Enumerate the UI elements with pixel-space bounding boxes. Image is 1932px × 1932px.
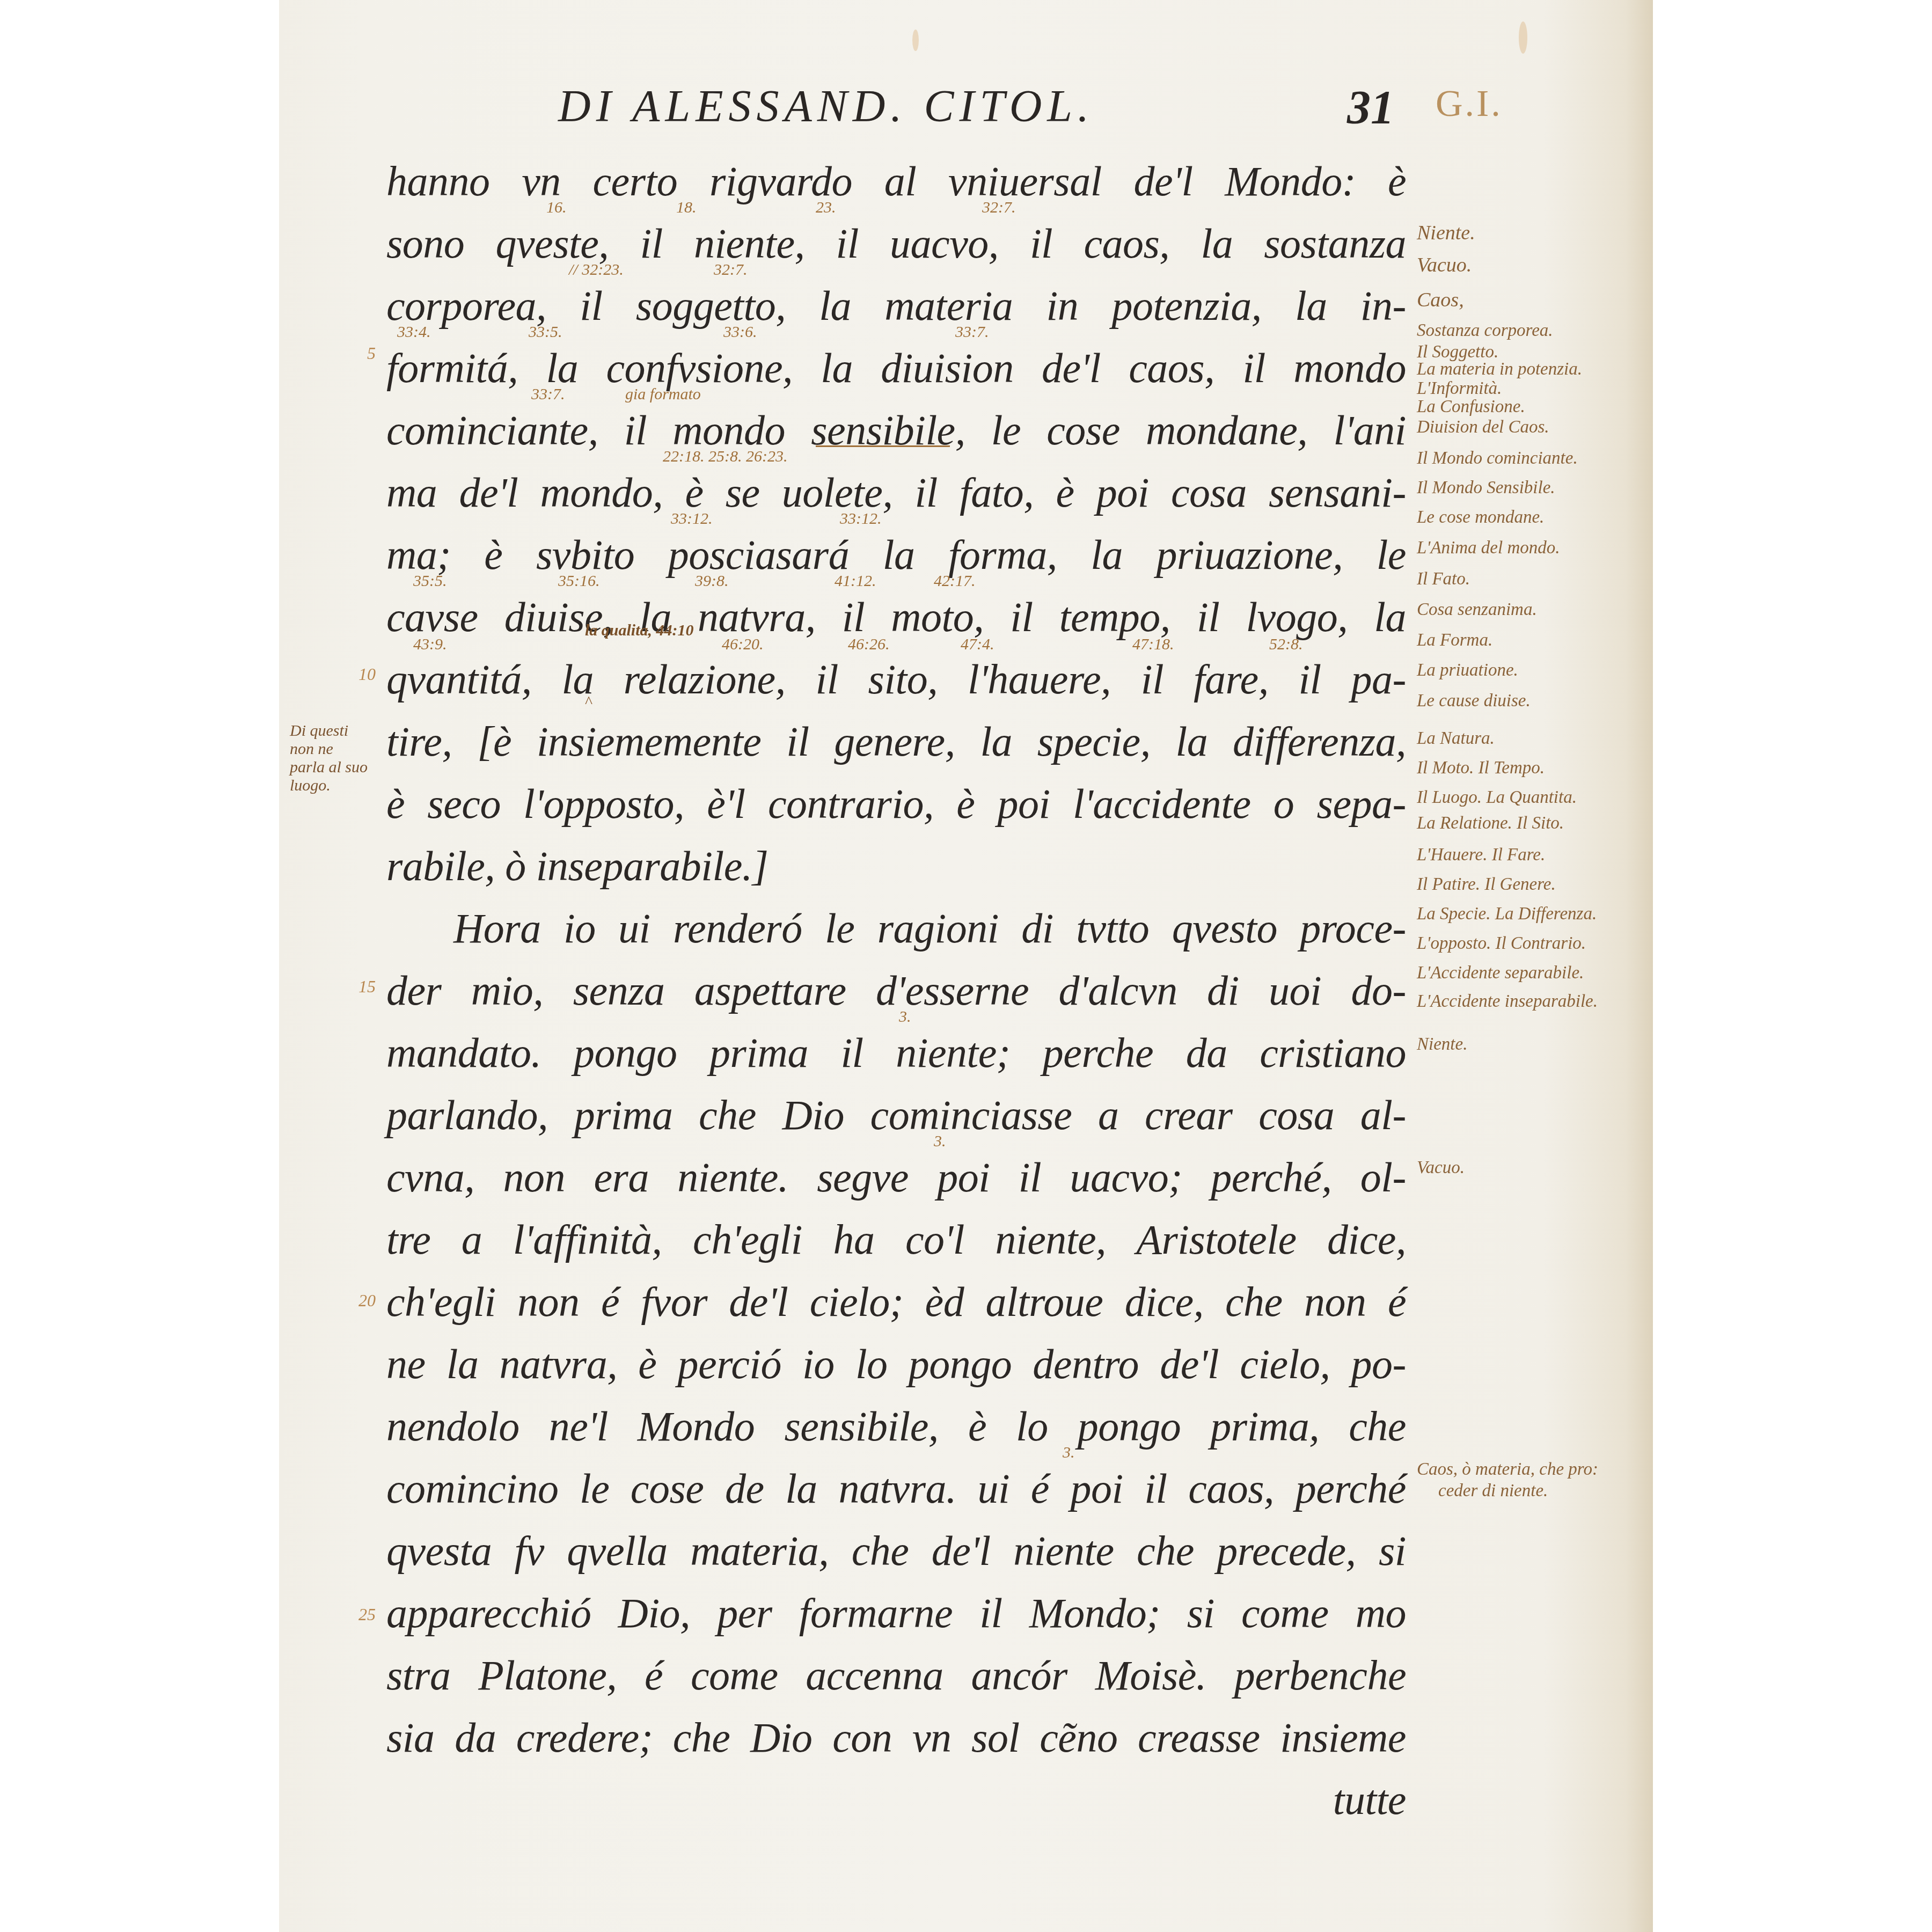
line-number: 5 xyxy=(343,343,376,363)
interlinear-annotation: 41:12. xyxy=(835,573,876,589)
interlinear-annotation: 3. xyxy=(899,1009,911,1025)
text-line: apparecchió Dio, per formarne il Mondo; … xyxy=(386,1582,1406,1644)
interlinear-annotation: 33:5. xyxy=(529,324,562,340)
text-line: è seco l'opposto, è'l contrario, è poi l… xyxy=(386,773,1406,835)
text-line: ch'egli non é fvor de'l cielo; èd altrou… xyxy=(386,1271,1406,1333)
interlinear-annotation: 33:12. xyxy=(840,511,882,527)
interlinear-annotation: 3. xyxy=(1063,1445,1075,1461)
margin-note: L'Accidente inseparabile. xyxy=(1417,993,1598,1011)
margin-note: La Specie. La Differenza. xyxy=(1417,905,1597,923)
signature-annotation: G.I. xyxy=(1436,83,1503,126)
margin-note: Caos, xyxy=(1417,290,1464,310)
interlinear-annotation: 32:7. xyxy=(982,200,1016,216)
interlinear-annotation: 46:26. xyxy=(848,636,890,653)
interlinear-annotation: 22:18. 25:8. 26:23. xyxy=(663,449,787,465)
interlinear-annotation: 33:6. xyxy=(723,324,757,340)
text-line: nendolo ne'l Mondo sensibile, è lo pongo… xyxy=(386,1395,1406,1457)
interlinear-insertion: la qualita, 44:10 xyxy=(585,623,694,639)
interlinear-annotation: 47:4. xyxy=(961,636,994,653)
book-page: DI ALESSAND. CITOL. 31 G.I. 5 10 15 20 2… xyxy=(279,0,1653,1932)
text-line: der mio, senza aspettare d'esserne d'alc… xyxy=(386,960,1406,1021)
text-line: sono qveste, il niente, il uacvo, il cao… xyxy=(386,213,1406,274)
interlinear-annotation: 39:8. xyxy=(695,573,729,589)
text-line: stra Platone, é come accenna ancór Moisè… xyxy=(386,1644,1406,1706)
margin-note: La priuatione. xyxy=(1417,662,1518,679)
margin-note: L'Anima del mondo. xyxy=(1417,539,1560,557)
manuscript-underline xyxy=(816,445,950,447)
paper-stain xyxy=(912,30,919,51)
margin-note: Diuision del Caos. xyxy=(1417,419,1549,436)
paragraph-start-line: Hora io ui renderó le ragioni di tvtto q… xyxy=(386,897,1406,959)
text-line: comincino le cose de la natvra. ui é poi… xyxy=(386,1458,1406,1519)
margin-note: Niente. xyxy=(1417,1036,1467,1053)
running-head-title: DI ALESSAND. CITOL. xyxy=(558,80,1094,133)
interlinear-annotation: // 32:23. xyxy=(569,262,624,278)
margin-note: Caos, ò materia, che pro: xyxy=(1417,1461,1598,1479)
margin-note: La Confusione. xyxy=(1417,398,1525,416)
interlinear-annotation: gia formato xyxy=(625,386,701,402)
text-line: qvantitá, la relazione, il sito, l'hauer… xyxy=(386,648,1406,710)
margin-note: Vacuo. xyxy=(1417,1159,1465,1177)
margin-note: La Relatione. Il Sito. xyxy=(1417,815,1564,832)
text-line: ne la natvra, è perció io lo pongo dentr… xyxy=(386,1333,1406,1395)
margin-note: ceder di niente. xyxy=(1438,1482,1548,1500)
interlinear-annotation: 32:7. xyxy=(714,262,748,278)
left-margin-note: Di questi non ne parla al suo luogo. xyxy=(290,722,370,795)
text-line: mandato. pongo prima il niente; perche d… xyxy=(386,1022,1406,1084)
margin-note: Il Mondo Sensibile. xyxy=(1417,479,1555,497)
margin-note: Le cause diuise. xyxy=(1417,692,1531,710)
margin-note: Il Soggetto. xyxy=(1417,343,1498,361)
interlinear-annotation: 35:16. xyxy=(558,573,600,589)
interlinear-annotation: 42:17. xyxy=(934,573,976,589)
margin-note: Il Patire. Il Genere. xyxy=(1417,876,1556,894)
interlinear-annotation: 3. xyxy=(934,1133,946,1150)
text-line: cominciante, il mondo sensibile, le cose… xyxy=(386,399,1406,461)
interlinear-annotation: 33:12. xyxy=(671,511,713,527)
line-number: 25 xyxy=(343,1605,376,1624)
line-number: 15 xyxy=(343,977,376,997)
margin-note: L'Accidente separabile. xyxy=(1417,964,1584,982)
margin-note: Vacuo. xyxy=(1417,255,1472,275)
margin-note: Cosa senzanima. xyxy=(1417,601,1537,619)
text-line: tire, [è insiememente il genere, la spec… xyxy=(386,711,1406,772)
margin-note: Il Moto. Il Tempo. xyxy=(1417,759,1545,777)
page-number: 31 xyxy=(1347,80,1394,135)
text-line: sia da credere; che Dio con vn sol cẽno … xyxy=(386,1707,1406,1768)
margin-note: Il Fato. xyxy=(1417,570,1470,588)
interlinear-annotation: 18. xyxy=(676,200,697,216)
interlinear-annotation: 33:7. xyxy=(955,324,989,340)
text-line: cavse diuise, la natvra, il moto, il tem… xyxy=(386,586,1406,648)
paper-stain xyxy=(1519,21,1527,54)
interlinear-annotation: 52:8. xyxy=(1269,636,1303,653)
text-line: ma; è svbito posciasará la forma, la pri… xyxy=(386,524,1406,586)
interlinear-annotation: 35:5. xyxy=(413,573,447,589)
text-line: tre a l'affinità, ch'egli ha co'l niente… xyxy=(386,1209,1406,1270)
interlinear-annotation: 23. xyxy=(816,200,836,216)
text-line: qvesta fv qvella materia, che de'l nient… xyxy=(386,1520,1406,1582)
interlinear-annotation: 47:18. xyxy=(1132,636,1174,653)
caret-mark: ^ xyxy=(585,693,592,712)
interlinear-annotation: 46:20. xyxy=(722,636,764,653)
catchword: tutte xyxy=(386,1769,1406,1831)
text-line: hanno vn certo rigvardo al vniuersal de'… xyxy=(386,150,1406,212)
interlinear-annotation: 43:9. xyxy=(413,636,447,653)
interlinear-annotation: 16. xyxy=(546,200,567,216)
text-line: ma de'l mondo, è se uolete, il fato, è p… xyxy=(386,462,1406,523)
line-number: 10 xyxy=(343,664,376,684)
interlinear-annotation: 33:4. xyxy=(397,324,431,340)
line-number: 20 xyxy=(343,1291,376,1311)
margin-note: Le cose mondane. xyxy=(1417,509,1544,526)
text-line: rabile, ò inseparabile.] xyxy=(386,835,1406,897)
margin-note: La Natura. xyxy=(1417,730,1495,748)
running-head: DI ALESSAND. CITOL. 31 G.I. xyxy=(279,80,1653,140)
margin-note: Il Luogo. La Quantita. xyxy=(1417,789,1577,807)
text-line: parlando, prima che Dio cominciasse a cr… xyxy=(386,1084,1406,1146)
text-line: cvna, non era niente. segve poi il uacvo… xyxy=(386,1146,1406,1208)
margin-note: La Forma. xyxy=(1417,632,1492,649)
interlinear-annotation: 33:7. xyxy=(531,386,565,402)
margin-note: L'Hauere. Il Fare. xyxy=(1417,846,1545,864)
margin-note: Niente. xyxy=(1417,223,1475,243)
margin-note: Sostanza corporea. xyxy=(1417,322,1553,340)
margin-note: L'opposto. Il Contrario. xyxy=(1417,935,1586,953)
margin-note: La materia in potenzia. xyxy=(1417,361,1582,378)
margin-note: L'Informità. xyxy=(1417,380,1502,398)
margin-note: Il Mondo cominciante. xyxy=(1417,450,1578,467)
